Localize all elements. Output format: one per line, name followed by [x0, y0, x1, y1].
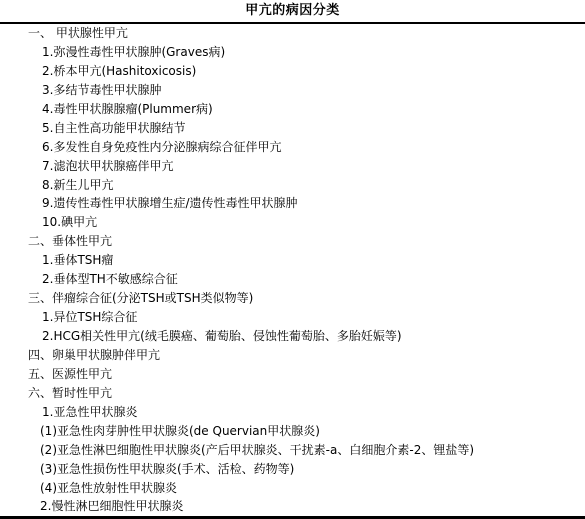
list-item: 2.垂体型TH不敏感综合征: [0, 270, 585, 289]
list-item: 1.垂体TSH瘤: [0, 251, 585, 270]
list-item: 1.弥漫性毒性甲状腺肿(Graves病): [0, 43, 585, 62]
list-item: 5.自主性高功能甲状腺结节: [0, 119, 585, 138]
section-heading-ovarian: 四、卵巢甲状腺肿伴甲亢: [0, 346, 585, 365]
list-item: 9.遗传性毒性甲状腺增生症/遗传性毒性甲状腺肿: [0, 194, 585, 213]
cause-classification-list: 一、 甲状腺性甲亢 1.弥漫性毒性甲状腺肿(Graves病) 2.桥本甲亢(Ha…: [0, 24, 585, 516]
list-item: 8.新生儿甲亢: [0, 176, 585, 195]
document-title: 甲亢的病因分类: [0, 3, 585, 19]
list-item: 10.碘甲亢: [0, 213, 585, 232]
list-item: 3.多结节毒性甲状腺肿: [0, 81, 585, 100]
section-heading-paraneoplastic: 三、伴瘤综合征(分泌TSH或TSH类似物等): [0, 289, 585, 308]
list-subitem: (2)亚急性淋巴细胞性甲状腺炎(产后甲状腺炎、干扰素-a、白细胞介素-2、锂盐等…: [0, 441, 585, 460]
list-item: 7.滤泡状甲状腺癌伴甲亢: [0, 157, 585, 176]
list-item: 2.HCG相关性甲亢(绒毛膜癌、葡萄胎、侵蚀性葡萄胎、多胎妊娠等): [0, 327, 585, 346]
list-subitem: (4)亚急性放射性甲状腺炎: [0, 479, 585, 498]
list-item: 1.异位TSH综合征: [0, 308, 585, 327]
list-item: 2.慢性淋巴细胞性甲状腺炎: [0, 497, 585, 516]
section-heading-thyroid: 一、 甲状腺性甲亢: [0, 24, 585, 43]
list-item: 2.桥本甲亢(Hashitoxicosis): [0, 62, 585, 81]
list-item: 4.毒性甲状腺腺瘤(Plummer病): [0, 100, 585, 119]
list-subitem: (3)亚急性损伤性甲状腺炎(手术、活检、药物等): [0, 460, 585, 479]
list-item: 6.多发性自身免疫性内分泌腺病综合征伴甲亢: [0, 138, 585, 157]
list-item: 1.亚急性甲状腺炎: [0, 403, 585, 422]
section-heading-transient: 六、暂时性甲亢: [0, 384, 585, 403]
section-heading-iatrogenic: 五、医源性甲亢: [0, 365, 585, 384]
section-heading-pituitary: 二、垂体性甲亢: [0, 232, 585, 251]
list-subitem: (1)亚急性肉芽肿性甲状腺炎(de Quervian甲状腺炎): [0, 422, 585, 441]
